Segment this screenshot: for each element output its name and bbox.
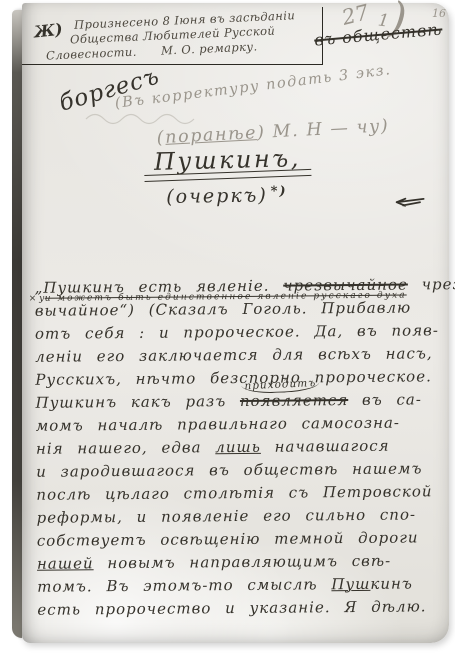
- footnote-mark: Ж): [33, 20, 63, 42]
- subtitle-footnote-mark: *): [271, 184, 288, 199]
- corner-page-number: 16: [432, 7, 446, 20]
- title-underline: Пушкинъ,: [153, 144, 300, 176]
- manuscript-scan: { "colors": { "ink": "#35322b", "ink_lig…: [0, 0, 455, 667]
- pencil-note-rest: ) М. Н — чу): [257, 116, 390, 143]
- manuscript-page: Ж) Произнесено 8 Іюня въ засѣданіи Общес…: [22, 3, 449, 643]
- page-edge-binding-shadow: [12, 10, 22, 638]
- subtitle-text: (очеркъ): [166, 184, 268, 208]
- crossed-out-note: въ обществѣ: [313, 19, 443, 49]
- title-block: Пушкинъ, (очеркъ)*): [132, 146, 322, 207]
- header-annotation-box: Ж) Произнесено 8 Іюня въ засѣданіи Общес…: [22, 7, 323, 65]
- insertion-mark: × у: [29, 294, 45, 304]
- subtitle: (очеркъ)*): [132, 183, 322, 208]
- margin-arrow-icon: [389, 190, 425, 212]
- page-title: Пушкинъ,: [153, 144, 300, 176]
- faint-pencil-scribble: [84, 109, 214, 127]
- manuscript-line: есть пророчество и указаніе. Я дѣлю.: [37, 597, 445, 624]
- manuscript-body: × у и можетъ быть единственное явленіе р…: [35, 275, 446, 624]
